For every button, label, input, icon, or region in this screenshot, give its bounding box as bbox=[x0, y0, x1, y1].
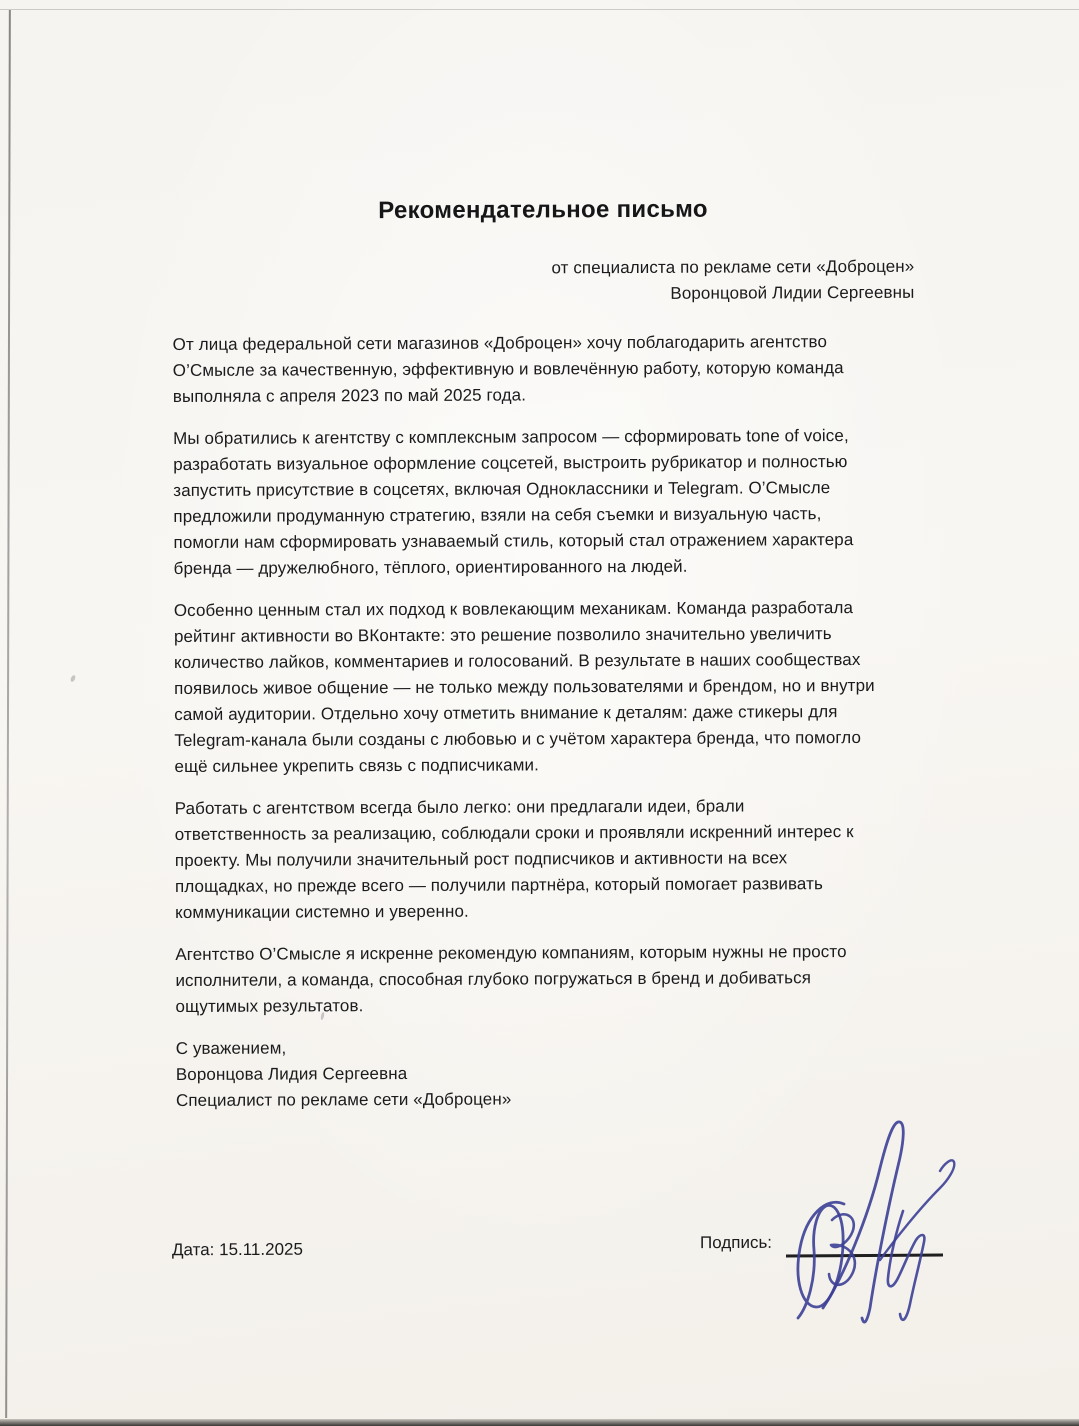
handwritten-signature bbox=[768, 1108, 973, 1330]
closing-block: С уважением, Воронцова Лидия Сергеевна С… bbox=[176, 1033, 918, 1114]
letter-paragraph: От лица федеральной сети магазинов «Добр… bbox=[173, 329, 915, 410]
date-line: Дата: 15.11.2025 bbox=[172, 1240, 303, 1261]
letter-from-role: от специалиста по рекламе сети «Доброцен… bbox=[172, 254, 914, 283]
letter-paragraph: Работать с агентством всегда было легко:… bbox=[175, 793, 918, 926]
scanned-page: Рекомендательное письмо от специалиста п… bbox=[0, 0, 1079, 1426]
closing-salutation: С уважением, bbox=[176, 1033, 918, 1062]
closing-name: Воронцова Лидия Сергеевна bbox=[176, 1059, 918, 1088]
scan-edge-top bbox=[0, 9, 1079, 10]
scan-artifact bbox=[70, 674, 77, 682]
scan-edge-left bbox=[5, 10, 11, 1418]
letter-from-block: от специалиста по рекламе сети «Доброцен… bbox=[172, 254, 914, 309]
letter-title: Рекомендательное письмо bbox=[172, 194, 914, 227]
letter-body: Рекомендательное письмо от специалиста п… bbox=[172, 194, 918, 1114]
signature-label: Подпись: bbox=[700, 1233, 772, 1253]
letter-paragraph: Мы обратились к агентству с комплексным … bbox=[173, 423, 916, 582]
letter-from-name: Воронцовой Лидии Сергеевны bbox=[172, 280, 914, 309]
letter-paragraph: Особенно ценным стал их подход к вовлека… bbox=[174, 595, 917, 780]
scan-edge-bottom bbox=[0, 1419, 1079, 1426]
letter-paragraph: Агентство О’Смысле я искренне рекомендую… bbox=[175, 939, 917, 1020]
